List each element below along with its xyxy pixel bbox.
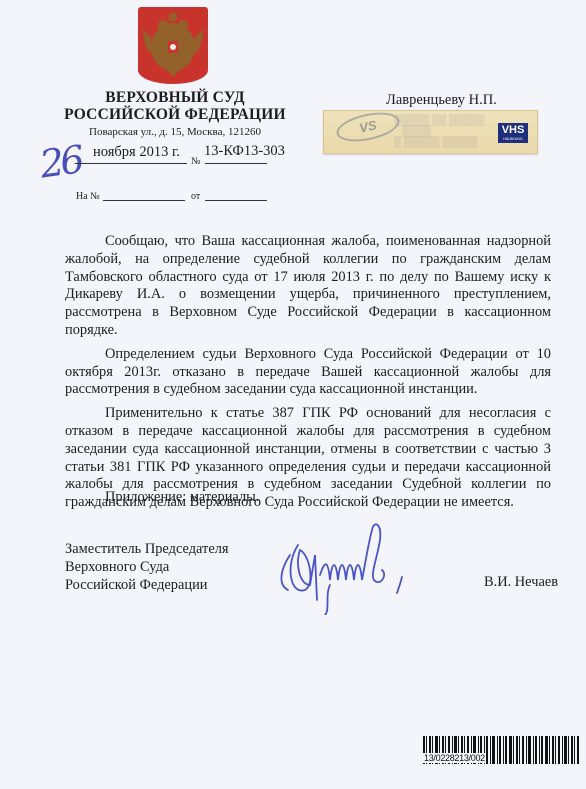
tape-faded-text: ▒▒▒▒▒ ▒▒ ▒▒▒▒▒ ▒▒▒▒▒ ▒▒▒▒▒ ▒▒▒▒▒ bbox=[394, 115, 485, 148]
addressee-name: Лавренцьеву Н.П. bbox=[386, 92, 497, 109]
date-underline bbox=[75, 163, 187, 164]
reference-number: 13-КФ13-303 bbox=[204, 143, 285, 160]
signer-title-line3: Российской Федерации bbox=[65, 577, 229, 595]
paragraph-2: Определением судьи Верховного Суда Росси… bbox=[65, 346, 551, 399]
from-underline bbox=[205, 200, 267, 201]
address-tape-label: VS ▒▒▒▒▒ ▒▒ ▒▒▒▒▒ ▒▒▒▒▒ ▒▒▒▒▒ ▒▒▒▒▒ VHS … bbox=[323, 110, 538, 154]
letter-body: Сообщаю, что Ваша кассационная жалоба, п… bbox=[65, 233, 551, 512]
court-name-line1: ВЕРХОВНЫЙ СУД bbox=[60, 89, 290, 107]
date-text: ноября 2013 г. bbox=[93, 144, 180, 161]
attachment-note: Приложение: материалы. bbox=[105, 489, 259, 506]
double-headed-eagle-icon bbox=[138, 7, 208, 84]
court-address: Поварская ул., д. 15, Москва, 121260 bbox=[60, 126, 290, 138]
coat-of-arms-emblem bbox=[138, 7, 208, 84]
signer-title: Заместитель Председателя Верховного Суда… bbox=[65, 541, 229, 594]
vhs-oval-logo: VS bbox=[334, 108, 402, 147]
reply-to-label: На № bbox=[76, 191, 100, 202]
barcode-number: 13/0228213/002 bbox=[423, 753, 486, 763]
number-underline bbox=[205, 163, 267, 164]
handwritten-signature bbox=[270, 515, 440, 615]
number-label: № bbox=[191, 156, 201, 167]
paragraph-1: Сообщаю, что Ваша кассационная жалоба, п… bbox=[65, 233, 551, 340]
court-name-line2: РОССИЙСКОЙ ФЕДЕРАЦИИ bbox=[60, 106, 290, 124]
reply-to-underline bbox=[103, 200, 185, 201]
handwritten-day: 26 bbox=[37, 137, 83, 186]
signer-title-line1: Заместитель Председателя bbox=[65, 541, 229, 559]
vhs-box-logo: VHS HALBKUNG bbox=[498, 123, 528, 143]
signer-name: В.И. Нечаев bbox=[484, 574, 558, 591]
from-label: от bbox=[191, 191, 200, 202]
signer-title-line2: Верховного Суда bbox=[65, 559, 229, 577]
